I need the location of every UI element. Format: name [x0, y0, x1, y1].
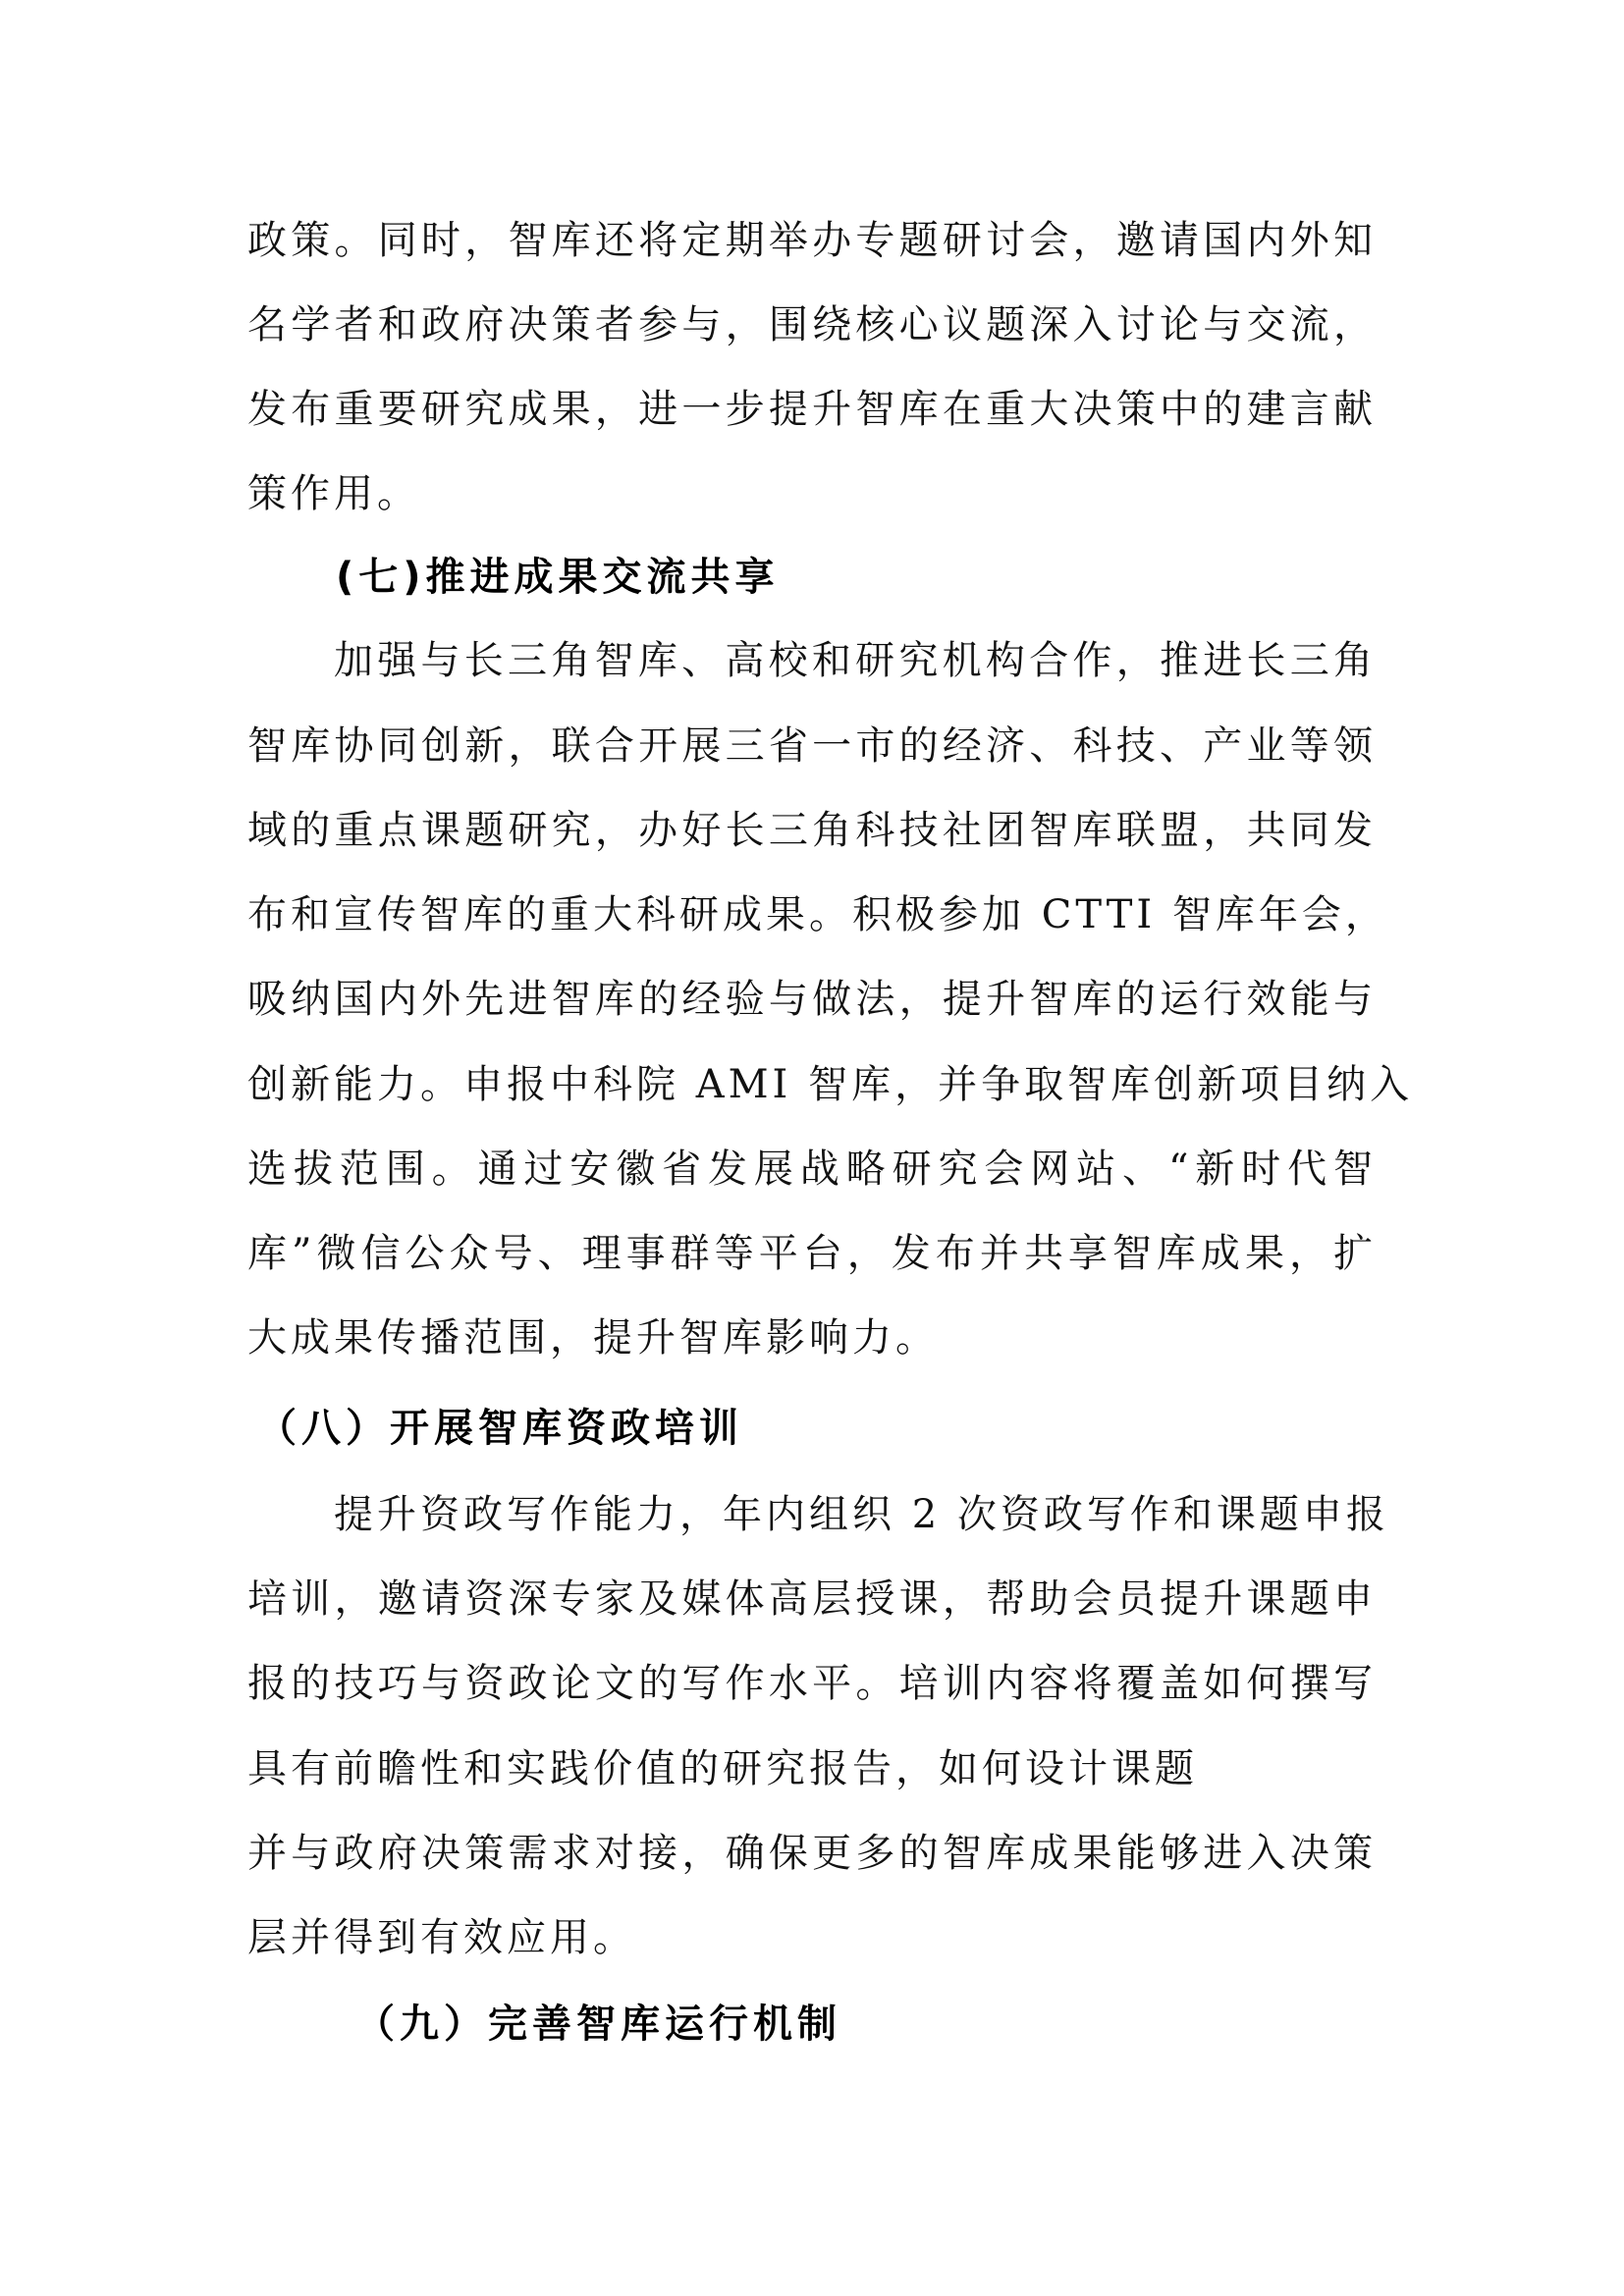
- paragraph-line: 策作用。: [247, 469, 1377, 518]
- paragraph-line: 加强与长三角智库、高校和研究机构合作，推进长三角: [334, 636, 1377, 685]
- paragraph-line: 创新能力。申报中科院 AMI 智库，并争取智库创新项目纳入: [247, 1060, 1377, 1109]
- paragraph-line: 吸纳国内外先进智库的经验与做法，提升智库的运行效能与: [247, 975, 1377, 1024]
- section-heading-9: （九）完善智库运行机制: [355, 2000, 841, 2049]
- section-heading-8: （八）开展智库资政培训: [257, 1404, 743, 1453]
- paragraph-line: 培训，邀请资深专家及媒体高层授课，帮助会员提升课题申: [247, 1575, 1377, 1624]
- paragraph-line: 选拔范围。通过安徽省发展战略研究会网站、“新时代智: [247, 1145, 1377, 1194]
- paragraph-line: 大成果传播范围，提升智库影响力。: [247, 1313, 1377, 1362]
- paragraph-line: 具有前瞻性和实践价值的研究报告，如何设计课题: [247, 1744, 1377, 1793]
- paragraph-line: 库”微信公众号、理事群等平台，发布并共享智库成果，扩: [247, 1229, 1377, 1278]
- section-heading-7: (七)推进成果交流共享: [336, 553, 780, 602]
- paragraph-line: 名学者和政府决策者参与，围绕核心议题深入讨论与交流，: [247, 300, 1377, 349]
- paragraph-line: 提升资政写作能力，年内组织 2 次资政写作和课题申报: [334, 1490, 1377, 1539]
- paragraph-line: 智库协同创新，联合开展三省一市的经济、科技、产业等领: [247, 721, 1377, 771]
- document-page: 政策。同时，智库还将定期举办专题研讨会，邀请国内外知 名学者和政府决策者参与，围…: [0, 0, 1624, 2296]
- paragraph-line: 域的重点课题研究，办好长三角科技社团智库联盟，共同发: [247, 806, 1377, 855]
- paragraph-line: 并与政府决策需求对接，确保更多的智库成果能够进入决策: [247, 1829, 1377, 1878]
- paragraph-line: 政策。同时，智库还将定期举办专题研讨会，邀请国内外知: [247, 216, 1377, 265]
- paragraph-line: 布和宣传智库的重大科研成果。积极参加 CTTI 智库年会，: [247, 890, 1377, 939]
- paragraph-line: 层并得到有效应用。: [247, 1913, 1377, 1962]
- paragraph-line: 发布重要研究成果，进一步提升智库在重大决策中的建言献: [247, 385, 1377, 434]
- paragraph-line: 报的技巧与资政论文的写作水平。培训内容将覆盖如何撰写: [247, 1659, 1377, 1708]
